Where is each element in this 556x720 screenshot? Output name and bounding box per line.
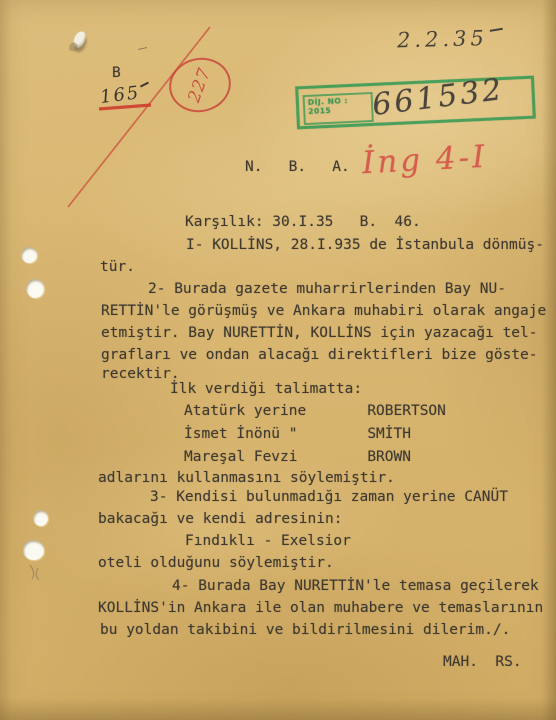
typed-line: 4- Burada Bay NURETTİN'le temasa geçiler… <box>172 577 539 595</box>
typed-line: tür. <box>100 258 135 276</box>
handwritten-date: 2.2.35 <box>397 26 503 53</box>
scanned-document-page: 2.2.35 B 165 227 DİJ. NO : 2015 661532 N… <box>0 0 556 720</box>
typed-initials: MAH. RS. <box>443 653 522 671</box>
handwritten-file-number: 165 <box>99 81 152 108</box>
typed-line: İsmet İnönü " SMİTH <box>184 425 411 443</box>
date-text: 2.2.35 <box>397 26 488 52</box>
paper-tear <box>72 30 88 50</box>
document-heading: N. B. A. <box>245 158 350 176</box>
typed-line: bakacağı ve kendi adresinin: <box>98 510 342 528</box>
typed-file-letter: B <box>112 64 121 82</box>
punch-hole <box>21 247 37 263</box>
red-classification-note: İng 4-I <box>361 139 488 182</box>
typed-line: adlarını kullanmasını söylemiştir. <box>98 469 395 487</box>
pencil-tick-mark <box>138 45 148 52</box>
stamp-year: 2015 <box>308 104 371 116</box>
typed-line: Karşılık: 30.I.35 B. 46. <box>185 213 421 231</box>
date-flourish <box>489 28 502 32</box>
red-circled-number: 227 <box>164 52 236 118</box>
typed-line: etmiştir. Bay NURETTİN, KOLLİNS için yaz… <box>101 324 538 342</box>
punch-hole <box>33 510 48 526</box>
typed-line: İlk verdiği talimatta: <box>170 380 362 398</box>
typed-line: grafları ve ondan alacağı direktifleri b… <box>101 346 538 364</box>
file-number-text: 165 <box>99 82 142 108</box>
typed-line: Mareşal Fevzi BROWN <box>184 448 411 466</box>
red-diagonal-line <box>68 27 210 207</box>
typed-line: Fındıklı - Exelsior <box>185 532 351 550</box>
typed-line: 2- Burada gazete muharrirlerinden Bay NU… <box>148 280 506 298</box>
pencil-scribble <box>30 565 39 580</box>
typed-line: I- KOLLİNS, 28.I.935 de İstanbula dönmüş… <box>186 236 544 254</box>
punch-hole <box>26 279 44 298</box>
typed-line: KOLLİNS'in Ankara ile olan muhabere ve t… <box>98 599 543 617</box>
typed-line: RETTİN'le görüşmüş ve Ankara muhabiri ol… <box>101 302 546 320</box>
typed-line: Atatürk yerine ROBERTSON <box>184 402 446 420</box>
typed-line: bu yoldan takibini ve bildirilmesini dil… <box>100 621 510 639</box>
stamp-label-box: DİJ. NO : 2015 <box>303 92 374 125</box>
file-number-flourish <box>140 82 149 88</box>
punch-hole <box>23 540 44 560</box>
typed-line: 3- Kendisi bulunmadığı zaman yerine CANÜ… <box>150 488 508 506</box>
circled-number-text: 227 <box>185 65 216 105</box>
typed-line: recektir. <box>101 365 180 383</box>
typed-line: oteli olduğunu söylemiştir. <box>98 554 334 572</box>
